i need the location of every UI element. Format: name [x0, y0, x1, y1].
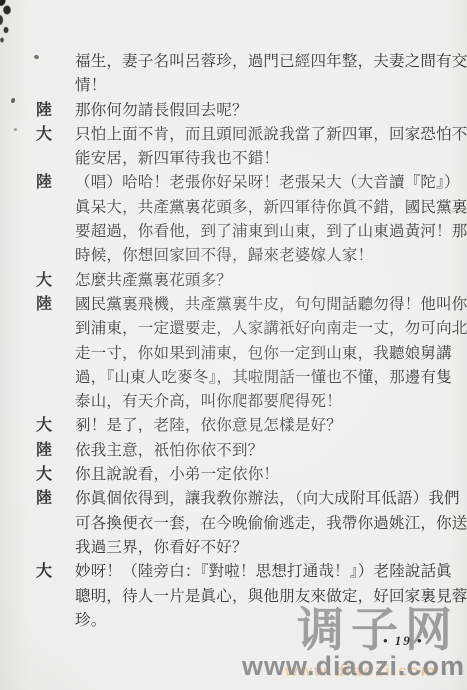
dialogue-block: 陸（唱）哈哈！老張你好呆呀！老張呆大（大音讀『陀』）眞呆大，共產黨裏花頭多，新四…: [36, 171, 454, 268]
speaker-label: 大: [36, 414, 75, 438]
dialogue-block: 陸依我主意，祇怕你依不到？: [36, 439, 454, 463]
speech-line: 泰山，有天介高，叫你爬都要爬得死！: [75, 390, 454, 414]
speech-line: 妙呀！（陸旁白：『對啦！思想打通哉！』）老陸說話眞: [75, 560, 454, 584]
speech-line: 剢！是了，老陸，依你意見怎樣是好？: [75, 414, 454, 438]
speech-text: 那你何勿請長假回去呢？: [75, 99, 454, 123]
speech-line: 國民黨裏飛機，共產黨裏牛皮，句句閒話聽勿得！他叫你: [75, 293, 454, 317]
speech-line: 我過三界，你看好不好？: [75, 536, 454, 560]
speech-line: 走一寸，你如果到浦東，包你一定到山東，我聽娘舅講: [75, 342, 454, 366]
scan-artifact-speck: [11, 98, 15, 103]
speech-line: 要超過，你看他，到了浦東到山東，到了山東過黃河！那: [75, 220, 454, 244]
speech-line: 能安居，新四軍待我也不錯！: [75, 147, 454, 171]
speaker-label: 大: [36, 463, 75, 487]
speech-line: 依我主意，祇怕你依不到？: [75, 439, 454, 463]
speech-line: 你且說說看，小弟一定依你！: [75, 463, 454, 487]
dialogue-block: 大你且說說看，小弟一定依你！: [36, 463, 454, 487]
speech-line: 情！: [75, 74, 454, 98]
speech-line: 那你何勿請長假回去呢？: [75, 99, 454, 123]
speech-text: （唱）哈哈！老張你好呆呀！老張呆大（大音讀『陀』）眞呆大，共產黨裏花頭多，新四軍…: [75, 171, 454, 268]
speech-line: 過，『山東人吃麥冬』，其啦閒話一懂也不懂，那邊有隻: [75, 366, 454, 390]
speech-line: （唱）哈哈！老張你好呆呀！老張呆大（大音讀『陀』）: [75, 171, 454, 195]
speech-text: 你且說說看，小弟一定依你！: [75, 463, 454, 487]
dialogue-block: 陸你眞個依得到，讓我敎你辦法，（向大成附耳低語）我們可各換便衣一套，在今晚偷偷逃…: [36, 487, 454, 560]
scanned-page: 福生，妻子名叫呂蓉珍，過門已經四年整，夫妻之間有交情！陸那你何勿請長假回去呢？大…: [0, 0, 467, 690]
speech-line: 可各換便衣一套，在今晚偷偷逃走，我帶你過姚江，你送: [75, 512, 454, 536]
speech-line: 只怕上面不肯，而且頭囘派說我當了新四軍，回家恐怕不: [75, 123, 454, 147]
speech-text: 怎麼共產黨裏花頭多？: [75, 269, 454, 293]
dialogue-block: 陸國民黨裏飛機，共產黨裏牛皮，句句閒話聽勿得！他叫你到浦東，一定還要走，人家講祇…: [36, 293, 454, 414]
speech-line: 到浦東，一定還要走，人家講祇好向南走一丈，勿可向北: [75, 317, 454, 341]
speaker-label: 陸: [36, 99, 75, 123]
speech-line: 眞呆大，共產黨裏花頭多，新四軍待你眞不錯，國民黨裏: [75, 196, 454, 220]
dialogue-block: 大怎麼共產黨裏花頭多？: [36, 269, 454, 293]
dialogue-block: 大只怕上面不肯，而且頭囘派說我當了新四軍，回家恐怕不能安居，新四軍待我也不錯！: [36, 123, 454, 172]
speaker-label: 大: [36, 269, 75, 293]
watermark-site-name: 调子网: [297, 606, 459, 653]
speaker-label: 大: [36, 560, 75, 584]
dialogue: 福生，妻子名叫呂蓉珍，過門已經四年整，夫妻之間有交情！陸那你何勿請長假回去呢？大…: [36, 50, 454, 633]
speaker-label: 陸: [36, 487, 75, 511]
speech-line: 怎麼共產黨裏花頭多？: [75, 269, 454, 293]
scan-artifact-blotch: [0, 0, 15, 46]
speech-line: 時候，你想回家回不得，歸來老婆嫁人家！: [75, 244, 454, 268]
watermark-site-url: www.diaozi.com: [242, 653, 465, 680]
speech-line: 福生，妻子名叫呂蓉珍，過門已經四年整，夫妻之間有交: [75, 50, 454, 74]
speech-line: 你眞個依得到，讓我敎你辦法，（向大成附耳低語）我們: [75, 487, 454, 511]
speech-text: 依我主意，祇怕你依不到？: [75, 439, 454, 463]
speaker-label: 陸: [36, 293, 75, 317]
speaker-label: 陸: [36, 439, 75, 463]
speaker-label: 大: [36, 123, 75, 147]
speech-text: 只怕上面不肯，而且頭囘派說我當了新四軍，回家恐怕不能安居，新四軍待我也不錯！: [75, 123, 454, 172]
dialogue-block: 大剢！是了，老陸，依你意見怎樣是好？: [36, 414, 454, 438]
speaker-label: 陸: [36, 171, 75, 195]
dialogue-block: 陸那你何勿請長假回去呢？: [36, 99, 454, 123]
speech-text: 你眞個依得到，讓我敎你辦法，（向大成附耳低語）我們可各換便衣一套，在今晚偷偷逃走…: [75, 487, 454, 560]
speech-text: 福生，妻子名叫呂蓉珍，過門已經四年整，夫妻之間有交情！: [75, 50, 454, 99]
speech-text: 國民黨裏飛機，共產黨裏牛皮，句句閒話聽勿得！他叫你到浦東，一定還要走，人家講祇好…: [75, 293, 454, 414]
dialogue-block: 福生，妻子名叫呂蓉珍，過門已經四年整，夫妻之間有交情！: [36, 50, 454, 99]
page-number: • 19 •: [383, 633, 424, 649]
scan-artifact-speck: [14, 128, 17, 131]
speech-text: 剢！是了，老陸，依你意見怎樣是好？: [75, 414, 454, 438]
